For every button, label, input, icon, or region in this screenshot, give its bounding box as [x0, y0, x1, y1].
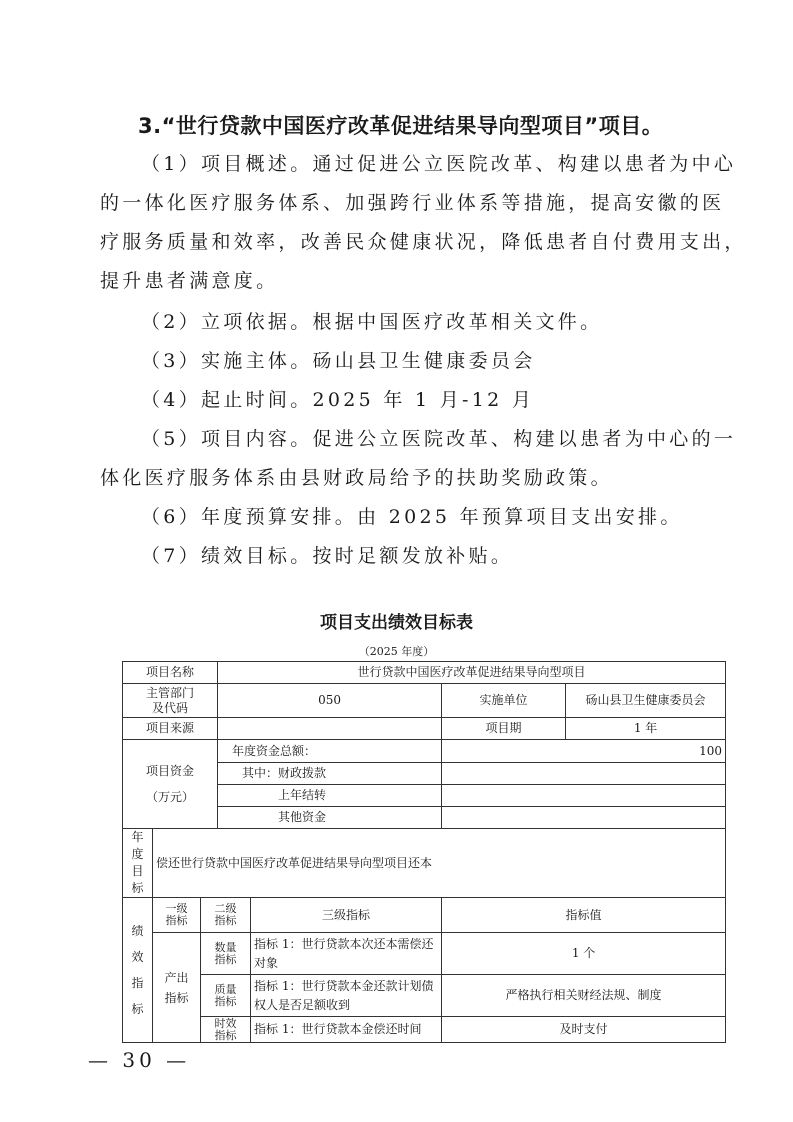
paragraph-content: （5）项目内容。促进公立医院改革、构建以患者为中心的一: [100, 420, 710, 459]
document-page: 3.“世行贷款中国医疗改革促进结果导向型项目”项目。 （1）项目概述。通过促进公…: [0, 0, 793, 1122]
text-line: （1）项目概述。通过促进公立医院改革、构建以患者为中心: [100, 145, 710, 184]
funds-fiscal-value: [442, 763, 726, 785]
funds-other-label: 其他资金: [218, 807, 442, 829]
level1-output: 产出指标: [153, 933, 201, 1043]
paragraph-goal: （7）绩效目标。按时足额发放补贴。: [100, 537, 710, 576]
level2-header: 二级指标: [201, 898, 251, 933]
paragraph-content-cont: 体化医疗服务体系由县财政局给予的扶助奖励政策。: [100, 459, 710, 498]
value-quality: 严格执行相关财经法规、制度: [442, 975, 726, 1017]
project-name-label: 项目名称: [123, 662, 218, 684]
project-name-value: 世行贷款中国医疗改革促进结果导向型项目: [218, 662, 726, 684]
paragraph-budget: （6）年度预算安排。由 2025 年预算项目支出安排。: [100, 498, 710, 537]
paragraph-basis: （2）立项依据。根据中国医疗改革相关文件。: [100, 303, 710, 342]
level3-quality: 指标 1：世行贷款本金还款计划债权人是否足额收到: [251, 975, 442, 1017]
level3-header: 三级指标: [251, 898, 442, 933]
table-title: 项目支出绩效目标表: [0, 608, 793, 633]
text-line: （3）实施主体。砀山县卫生健康委员会: [100, 342, 710, 381]
value-header: 指标值: [442, 898, 726, 933]
value-quantity: 1 个: [442, 933, 726, 975]
funds-carryover-label: 上年结转: [218, 785, 442, 807]
funds-other-value: [442, 807, 726, 829]
dept-label: 主管部门 及代码: [123, 684, 218, 718]
text-line: （5）项目内容。促进公立医院改革、构建以患者为中心的一: [100, 420, 710, 459]
page-number: — 30 —: [88, 1048, 190, 1072]
table-row: 主管部门 及代码 050 实施单位 砀山县卫生健康委员会: [123, 684, 726, 718]
table-row: 产出指标 数量指标 指标 1：世行贷款本次还本需偿还对象 1 个: [123, 933, 726, 975]
level2-quantity: 数量指标: [201, 933, 251, 975]
period-value: 1 年: [566, 718, 726, 740]
annual-goal-label: 年度目标: [123, 829, 153, 898]
funds-label: 项目资金 （万元）: [123, 740, 218, 829]
text-line: 体化医疗服务体系由县财政局给予的扶助奖励政策。: [100, 459, 710, 498]
level2-quality: 质量指标: [201, 975, 251, 1017]
impl-unit-value: 砀山县卫生健康委员会: [566, 684, 726, 718]
paragraph-overview-cont: 的一体化医疗服务体系、加强跨行业体系等措施，提高安徽的医 疗服务质量和效率，改善…: [100, 184, 710, 301]
table-row: 时效指标 指标 1：世行贷款本金偿还时间 及时支付: [123, 1017, 726, 1043]
level2-timeliness: 时效指标: [201, 1017, 251, 1043]
source-value: [218, 718, 442, 740]
level3-timeliness: 指标 1：世行贷款本金偿还时间: [251, 1017, 442, 1043]
table-row: 质量指标 指标 1：世行贷款本金还款计划债权人是否足额收到 严格执行相关财经法规…: [123, 975, 726, 1017]
value-timeliness: 及时支付: [442, 1017, 726, 1043]
paragraph-timeframe: （4）起止时间。2025 年 1 月-12 月: [100, 381, 710, 420]
section-heading: 3.“世行贷款中国医疗改革促进结果导向型项目”项目。: [138, 110, 663, 140]
period-label: 项目期: [442, 718, 566, 740]
level3-quantity: 指标 1：世行贷款本次还本需偿还对象: [251, 933, 442, 975]
funds-carryover-value: [442, 785, 726, 807]
impl-unit-label: 实施单位: [442, 684, 566, 718]
text-line: （4）起止时间。2025 年 1 月-12 月: [100, 381, 710, 420]
text-line: 疗服务质量和效率，改善民众健康状况，降低患者自付费用支出，: [100, 223, 710, 262]
funds-fiscal-label: 其中：财政拨款: [218, 763, 442, 785]
perf-indicator-label: 绩效指标: [123, 898, 153, 1043]
text-line: （2）立项依据。根据中国医疗改革相关文件。: [100, 303, 710, 342]
table-row: 项目名称 世行贷款中国医疗改革促进结果导向型项目: [123, 662, 726, 684]
text-line: （6）年度预算安排。由 2025 年预算项目支出安排。: [100, 498, 710, 537]
paragraph-overview: （1）项目概述。通过促进公立医院改革、构建以患者为中心: [100, 145, 710, 184]
annual-goal-value: 偿还世行贷款中国医疗改革促进结果导向型项目还本: [153, 829, 726, 898]
paragraph-entity: （3）实施主体。砀山县卫生健康委员会: [100, 342, 710, 381]
text-line: （7）绩效目标。按时足额发放补贴。: [100, 537, 710, 576]
table-row: 项目资金 （万元） 年度资金总额： 100: [123, 740, 726, 763]
dept-code-value: 050: [218, 684, 442, 718]
funds-total-label: 年度资金总额：: [218, 740, 442, 763]
text-line: 提升患者满意度。: [100, 262, 710, 301]
table-row: 绩效指标 一级指标 二级指标 三级指标 指标值: [123, 898, 726, 933]
table-row: 年度目标 偿还世行贷款中国医疗改革促进结果导向型项目还本: [123, 829, 726, 898]
table-year: （2025 年度）: [0, 643, 793, 659]
table-row: 项目来源 项目期 1 年: [123, 718, 726, 740]
source-label: 项目来源: [123, 718, 218, 740]
text-line: 的一体化医疗服务体系、加强跨行业体系等措施，提高安徽的医: [100, 184, 710, 223]
funds-total-value: 100: [442, 740, 726, 763]
level1-header: 一级指标: [153, 898, 201, 933]
performance-table: 项目名称 世行贷款中国医疗改革促进结果导向型项目 主管部门 及代码 050 实施…: [122, 661, 726, 1043]
